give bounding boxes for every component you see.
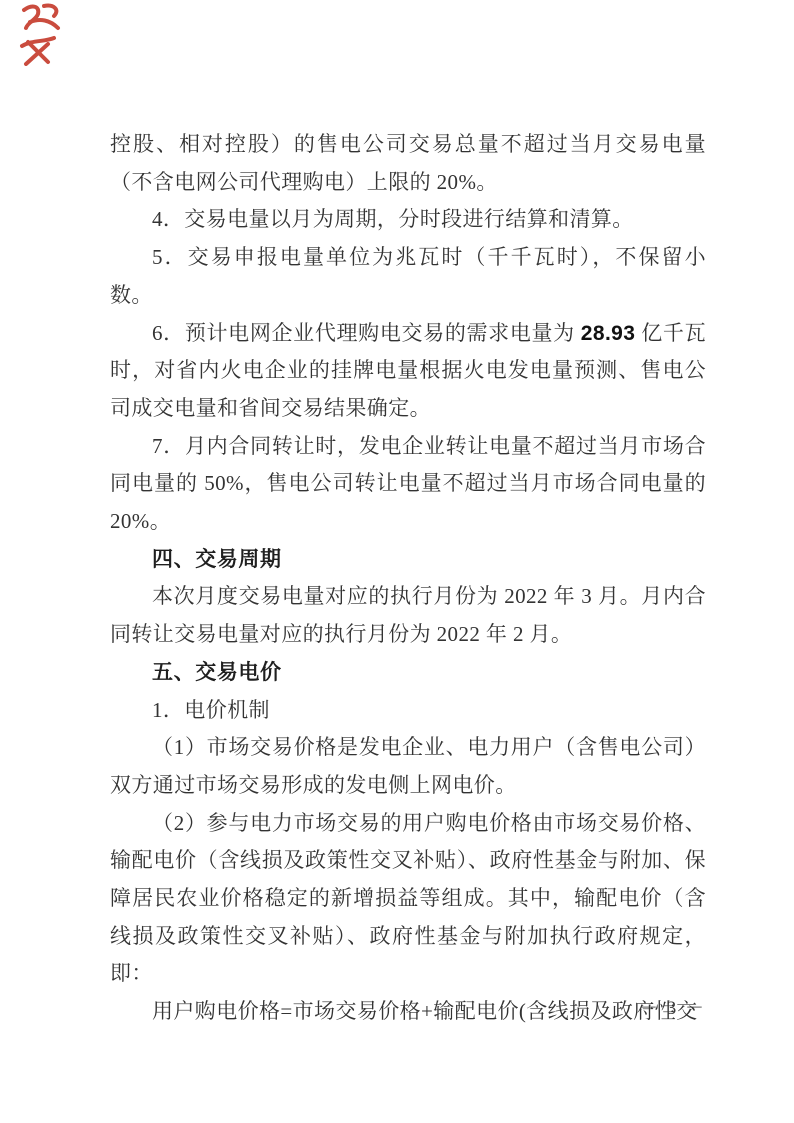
paragraph: 5．交易申报电量单位为兆瓦时（千千瓦时），不保留小数。	[110, 239, 706, 314]
demand-volume-value: 28.93	[581, 322, 636, 345]
paragraph: 控股、相对控股）的售电公司交易总量不超过当月交易电量（不含电网公司代理购电）上限…	[110, 126, 706, 201]
section-heading-trading-period: 四、交易周期	[110, 541, 706, 579]
paragraph: 1．电价机制	[110, 692, 706, 730]
paragraph-text: 6．预计电网企业代理购电交易的需求电量为	[152, 321, 581, 345]
paragraph: 6．预计电网企业代理购电交易的需求电量为 28.93 亿千瓦时，对省内火电企业的…	[110, 315, 706, 428]
paragraph: 本次月度交易电量对应的执行月份为 2022 年 3 月。月内合同转让交易电量对应…	[110, 578, 706, 653]
section-heading-trading-price: 五、交易电价	[110, 654, 706, 692]
document-page: 控股、相对控股）的售电公司交易总量不超过当月交易电量（不含电网公司代理购电）上限…	[0, 0, 794, 1123]
paragraph: （1）市场交易价格是发电企业、电力用户（含售电公司）双方通过市场交易形成的发电侧…	[110, 729, 706, 804]
stamp-fragment-icon	[14, 0, 70, 72]
document-body: 控股、相对控股）的售电公司交易总量不超过当月交易电量（不含电网公司代理购电）上限…	[110, 126, 706, 1031]
paragraph: 4．交易电量以月为周期，分时段进行结算和清算。	[110, 201, 706, 239]
paragraph: 7．月内合同转让时，发电企业转让电量不超过当月市场合同电量的 50%，售电公司转…	[110, 428, 706, 541]
paragraph: （2）参与电力市场交易的用户购电价格由市场交易价格、输配电价（含线损及政策性交叉…	[110, 805, 706, 994]
paragraph-formula: 用户购电价格=市场交易价格+输配电价(含线损及政府性交	[110, 993, 706, 1031]
page-number: － 3 －	[639, 993, 706, 1020]
